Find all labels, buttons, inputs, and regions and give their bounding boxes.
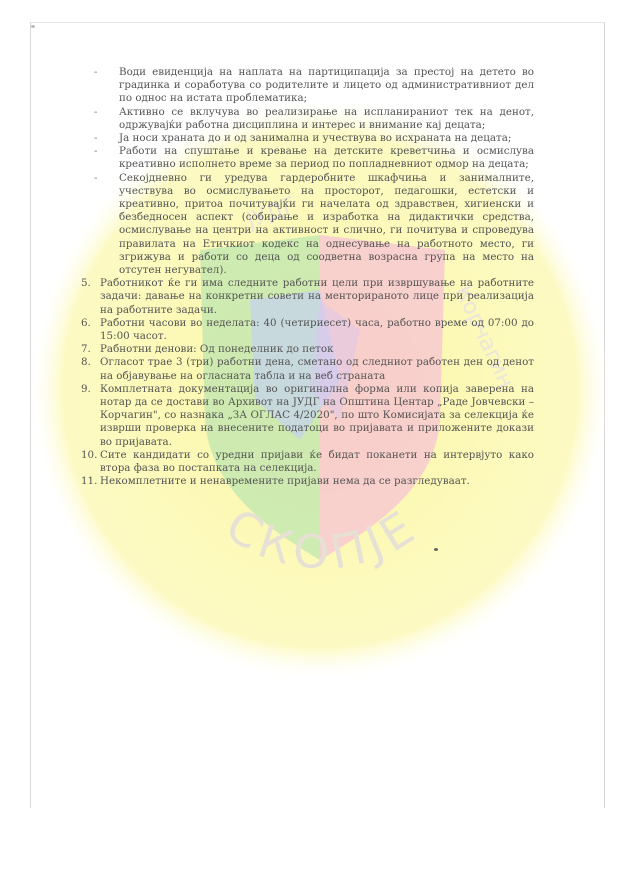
numbered-item: 5.Работникот ќе ги има следните работни … <box>100 277 534 317</box>
duty-item: Ја носи храната до и од занимална и учес… <box>119 132 534 145</box>
duty-item: Секојдневно ги уредува гардеробните шкаф… <box>119 172 534 278</box>
item-number: 5. <box>81 277 97 290</box>
item-text: Огласот трае 3 (три) работни дена, смета… <box>100 356 534 381</box>
numbered-item: 8.Огласот трае 3 (три) работни дена, сме… <box>100 356 534 382</box>
numbered-item: 11.Некомплетните и ненавремените пријави… <box>100 475 534 488</box>
item-text: Работникот ќе ги има следните работни це… <box>100 277 534 315</box>
numbered-item: 6.Работни часови во неделата: 40 (четири… <box>100 317 534 343</box>
scan-speck <box>31 25 35 28</box>
item-number: 9. <box>81 383 97 396</box>
duty-item: Води евиденција на наплата на партиципац… <box>119 66 534 106</box>
item-text: Сите кандидати со уредни пријави ќе бида… <box>100 449 534 474</box>
item-text: Рабнотни денови: Од понеделник до петок <box>100 343 334 355</box>
conditions-numbered-list: 5.Работникот ќе ги има следните работни … <box>90 277 534 488</box>
document-body: Води евиденција на наплата на партиципац… <box>90 66 534 489</box>
item-text: Работни часови во неделата: 40 (четириес… <box>100 317 534 342</box>
scan-speck <box>434 548 438 551</box>
duty-item: Активно се вклучува во реализирање на ис… <box>119 106 534 132</box>
item-number: 8. <box>81 356 97 369</box>
item-number: 6. <box>81 317 97 330</box>
duties-bullet-list: Води евиденција на наплата на партиципац… <box>90 66 534 277</box>
item-text: Комплетната документација во оригинална … <box>100 383 534 448</box>
item-number: 10. <box>81 449 97 462</box>
duty-item: Работи на спуштање и кревање на детските… <box>119 145 534 171</box>
numbered-item: 7.Рабнотни денови: Од понеделник до пето… <box>100 343 534 356</box>
item-number: 11. <box>81 475 97 488</box>
item-number: 7. <box>81 343 97 356</box>
numbered-item: 10.Сите кандидати со уредни пријави ќе б… <box>100 449 534 475</box>
item-text: Некомплетните и ненавремените пријави не… <box>100 475 470 487</box>
numbered-item: 9.Комплетната документација во оригиналн… <box>100 383 534 449</box>
